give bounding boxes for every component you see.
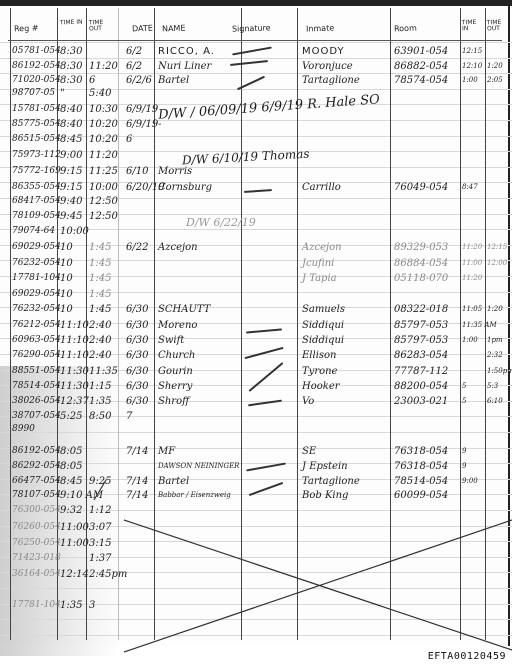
document-id: EFTA00120459 bbox=[428, 651, 506, 662]
cross-out-mark bbox=[0, 0, 512, 668]
